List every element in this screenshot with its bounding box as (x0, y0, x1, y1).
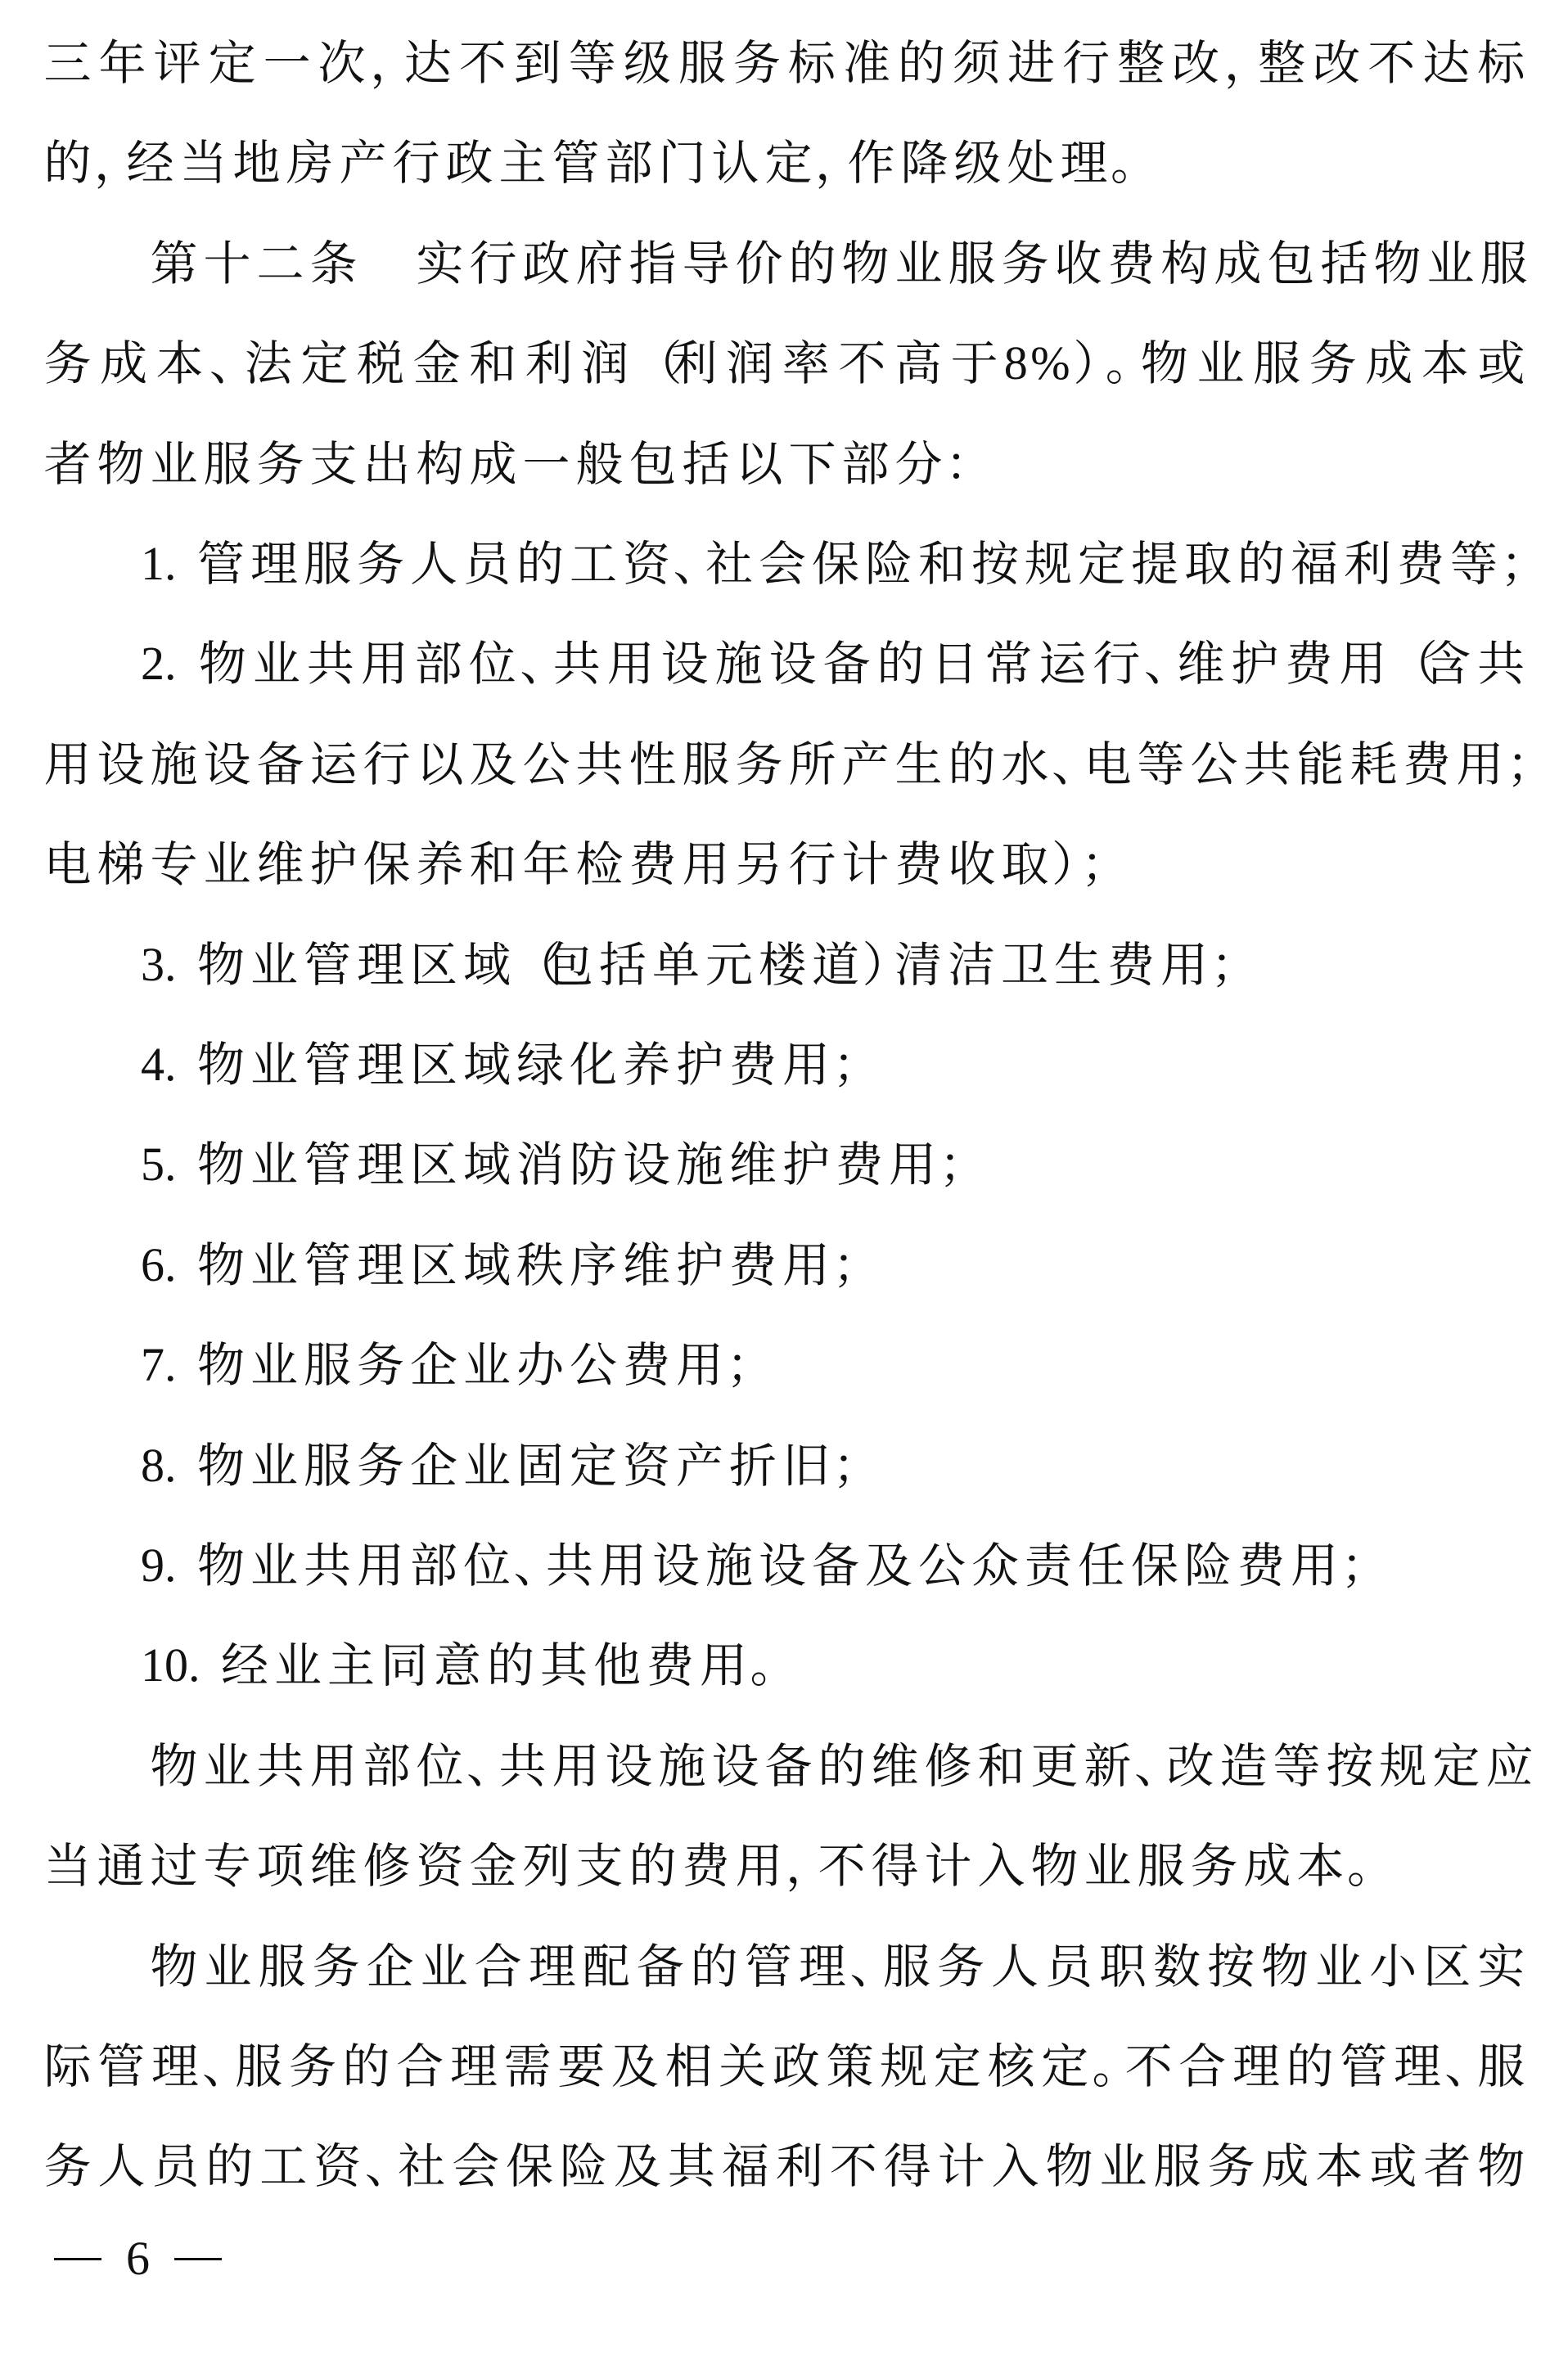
list-number: 1. (141, 538, 177, 590)
list-item: 7.物业服务企业办公费用； (141, 1339, 756, 1391)
list-number: 10. (141, 1639, 201, 1692)
list-number: 9. (141, 1539, 177, 1592)
page-number: 6 (126, 2233, 150, 2285)
text-line: 当通过专项维修资金列支的费用，不得计入物业服务成本。 (41, 1840, 1377, 1892)
footer-dash-right (174, 2258, 222, 2260)
text-line: 的，经当地房产行政主管部门认定，作降级处理。 (41, 137, 1140, 189)
text-line: 务人员的工资、社会保险及其福利不得计入物业服务成本或者物 (41, 2140, 1528, 2192)
text-line: 电梯专业维护保养和年检费用另行计费收取）； (41, 838, 1111, 890)
text-line: 者物业服务支出构成一般包括以下部分： (41, 438, 975, 490)
list-item: 8.物业服务企业固定资产折旧； (141, 1440, 863, 1492)
document-page: 三年评定一次，达不到等级服务标准的须进行整改，整改不达标的，经当地房产行政主管部… (0, 0, 1568, 2370)
list-number: 6. (141, 1239, 177, 1291)
list-number: 3. (141, 939, 177, 991)
page-footer: 6 (54, 2233, 222, 2285)
list-item: 3.物业管理区域（包括单元楼道）清洁卫生费用； (141, 939, 1241, 991)
list-item: 6.物业管理区域秩序维护费用； (141, 1239, 863, 1291)
text-line: 物业服务企业合理配备的管理、服务人员职数按物业小区实 (147, 1940, 1528, 1993)
text-line: 用设施设备运行以及公共性服务所产生的水、电等公共能耗费用； (41, 738, 1528, 791)
text-line: 际管理、服务的合理需要及相关政策规定核定。不合理的管理、服 (41, 2040, 1528, 2093)
text-line: 物业共用部位、共用设施设备的维修和更新、改造等按规定应 (147, 1740, 1528, 1792)
list-item: 10.经业主同意的其他费用。 (141, 1639, 780, 1692)
text-line: 务成本、法定税金和利润（利润率不高于8%）。物业服务成本或 (41, 337, 1528, 390)
list-number: 4. (141, 1039, 177, 1091)
footer-dash-left (54, 2258, 101, 2260)
list-number: 7. (141, 1339, 177, 1391)
text-line: 三年评定一次，达不到等级服务标准的须进行整改，整改不达标 (41, 37, 1528, 89)
text-line: 第十二条 实行政府指导价的物业服务收费构成包括物业服 (147, 237, 1528, 290)
list-item: 2.物业共用部位、共用设施设备的日常运行、维护费用（含共 (141, 638, 1528, 690)
list-item: 1.管理服务人员的工资、社会保险和按规定提取的福利费等； (141, 538, 1528, 590)
list-number: 2. (141, 638, 177, 690)
list-item: 5.物业管理区域消防设施维护费用； (141, 1138, 969, 1191)
list-item: 9.物业共用部位、共用设施设备及公众责任保险费用； (141, 1539, 1371, 1592)
list-number: 5. (141, 1138, 177, 1191)
list-number: 8. (141, 1440, 177, 1492)
list-item: 4.物业管理区域绿化养护费用； (141, 1039, 863, 1091)
